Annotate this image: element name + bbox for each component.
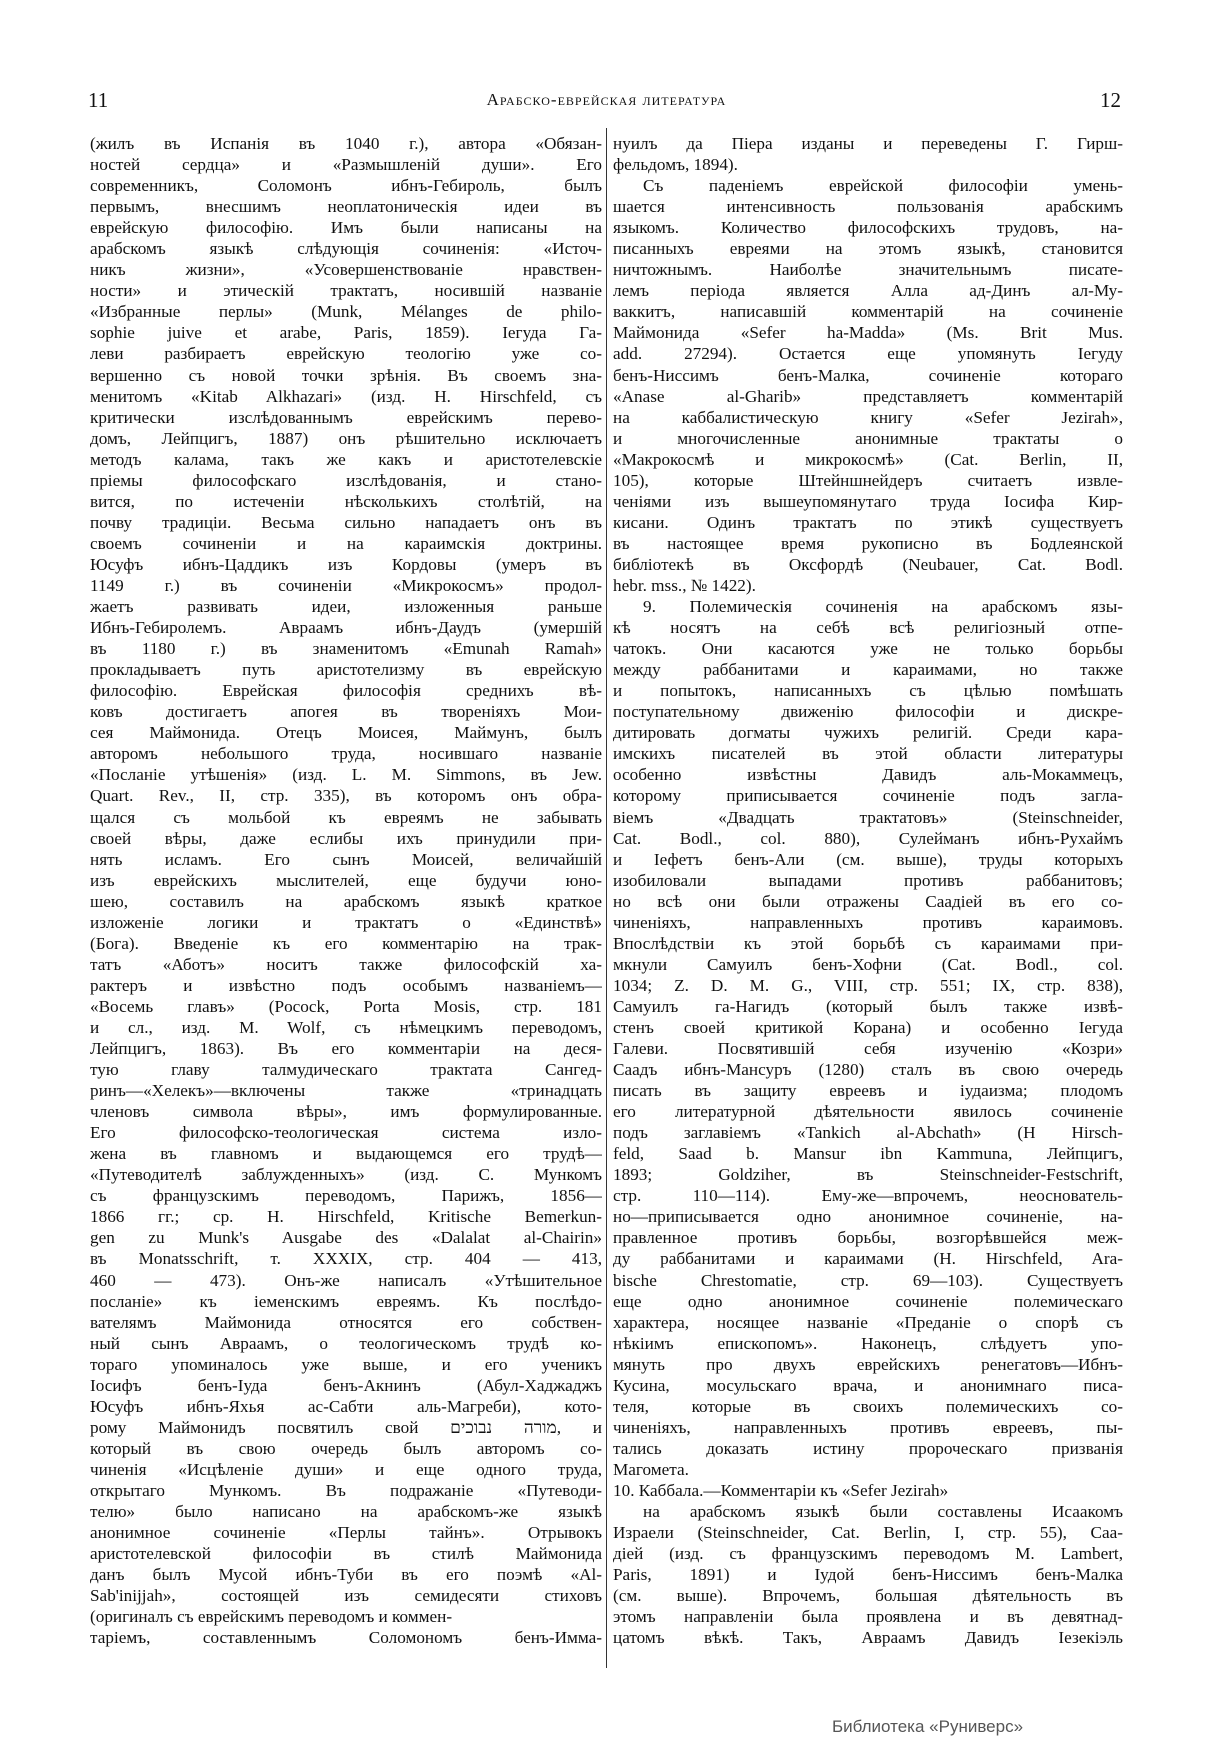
text-line: данъ былъ Мусой ибнъ-Туби въ его поэмѣ «… (90, 1564, 602, 1585)
text-line: Paris, 1891) и Іудой бенъ-Ниссимъ бенъ-М… (613, 1564, 1123, 1585)
text-line: sophie juive et arabe, Paris, 1859). Іег… (90, 322, 602, 343)
column-divider (606, 128, 607, 1668)
text-line: вершенно съ новой точки зрѣнія. Въ своем… (90, 365, 602, 386)
text-line: и попытокъ, написанныхъ съ цѣлью помѣшат… (613, 680, 1123, 701)
text-line: діей (изд. съ французскимъ переводомъ M.… (613, 1543, 1123, 1564)
text-line: Cat. Bodl., col. 880), Сулейманъ ибнъ-Ру… (613, 828, 1123, 849)
text-line: авторомъ небольшого труда, носившаго наз… (90, 743, 602, 764)
text-line: писать въ защиту евреевъ и іудаизма; пло… (613, 1080, 1123, 1101)
text-line: таріемъ, составленнымъ Соломономъ бенъ-И… (90, 1627, 602, 1648)
text-line: Маймонида «Sefer ha-Madda» (Ms. Brit Mus… (613, 322, 1123, 343)
text-line: 10. Каббала.—Комментаріи къ «Sefer Jezir… (613, 1480, 1123, 1501)
text-line: въ Monatsschrift, т. XXXIX, стр. 404 — 4… (90, 1248, 602, 1269)
text-line: сея Маймонида. Отецъ Моисея, Маймунъ, бы… (90, 722, 602, 743)
text-line: Магомета. (613, 1459, 1123, 1480)
text-line: теля, которые въ своихъ полемическихъ со… (613, 1396, 1123, 1417)
text-line: подъ заглавіемъ «Tankich al-Abchath» (H … (613, 1122, 1123, 1143)
text-line: «Путеводителѣ заблужденныхъ» (изд. С. Му… (90, 1164, 602, 1185)
text-line: «Макрокосмѣ и микрокосмѣ» (Cat. Berlin, … (613, 449, 1123, 470)
text-line: телю» было написано на арабскомъ-же язык… (90, 1501, 602, 1522)
text-line: вателямъ Маймонида относятся его собстве… (90, 1312, 602, 1333)
text-line: «Anase al-Gharib» представляетъ коммента… (613, 386, 1123, 407)
text-line: ду раббанитами и караимами (H. Hirschfel… (613, 1248, 1123, 1269)
text-line: этомъ направленіи была проявлена и въ де… (613, 1606, 1123, 1627)
text-line: никъ жизни», «Усовершенствованіе нравств… (90, 259, 602, 280)
text-line: почву традиціи. Весьма сильно нападаетъ … (90, 512, 602, 533)
text-line: 460 — 473). Онъ-же написалъ «Утѣшительно… (90, 1270, 602, 1291)
text-line: Израели (Steinschneider, Cat. Berlin, I,… (613, 1522, 1123, 1543)
text-line: ничтожнымъ. Наиболѣе значительнымъ писат… (613, 259, 1123, 280)
text-line: своемъ сочиненіи и на караимскія доктрин… (90, 533, 602, 554)
text-line: фельдомъ, 1894). (613, 154, 1123, 175)
text-line: 1866 гг.; ср. H. Hirschfeld, Kritische B… (90, 1206, 602, 1227)
text-line: Юсуфъ ибнъ-Цаддикъ изъ Кордовы (умеръ въ (90, 554, 602, 575)
left-column: (жилъ въ Испанія въ 1040 г.), автора «Об… (90, 133, 602, 1648)
text-line: съ французскимъ переводомъ, Парижъ, 1856… (90, 1185, 602, 1206)
text-line: имскихъ писателей въ этой области литера… (613, 743, 1123, 764)
text-line: но—приписывается одно анонимное сочинені… (613, 1206, 1123, 1227)
text-line: gen zu Munk's Ausgabe des «Dalalat al-Ch… (90, 1227, 602, 1248)
text-line: правленное противъ борьбы, возгорѣвшейся… (613, 1227, 1123, 1248)
text-line: Его философско-теологическая система изл… (90, 1122, 602, 1143)
text-line: (Бога). Введеніе къ его комментарію на т… (90, 933, 602, 954)
text-line: шею, составилъ на арабскомъ языкѣ кратко… (90, 891, 602, 912)
text-line: дитировать догматы чужихъ религій. Среди… (613, 722, 1123, 743)
text-line: чатокъ. Они касаются уже не только борьб… (613, 638, 1123, 659)
text-line: 1893; Goldziher, въ Steinschneider-Fests… (613, 1164, 1123, 1185)
text-line: лемъ періода является Алла ад-Динъ ал-Му… (613, 280, 1123, 301)
text-line: тораго упоминалось уже выше, и его учени… (90, 1354, 602, 1375)
text-line: Іосифъ бенъ-Іуда бенъ-Акнинъ (Абул-Хаджа… (90, 1375, 602, 1396)
text-line: въ 1180 г.) въ знаменитомъ «Emunah Ramah… (90, 638, 602, 659)
text-line: ковъ достигаетъ апогея въ твореніяхъ Мои… (90, 701, 602, 722)
text-line: кисани. Одинъ трактатъ по этикѣ существу… (613, 512, 1123, 533)
text-line: ченіями изъ вышеупомянутаго труда Іосифа… (613, 491, 1123, 512)
text-line: еврейскую философію. Имъ были написаны н… (90, 217, 602, 238)
text-line: «Посланіе утѣшенія» (изд. L. M. Simmons,… (90, 764, 602, 785)
text-line: изъ еврейскихъ мыслителей, еще будучи юн… (90, 870, 602, 891)
text-line: и Іефетъ бенъ-Али (см. выше), труды кото… (613, 849, 1123, 870)
text-line: своей вѣры, даже еслибы ихъ принудили пр… (90, 828, 602, 849)
text-line: леви разбираетъ еврейскую теологію уже с… (90, 343, 602, 364)
text-line: которому приписывается сочиненіе подъ за… (613, 785, 1123, 806)
text-line: ваккитъ, написавшій комментарій на сочин… (613, 301, 1123, 322)
text-line: стр. 110—114). Ему-же—впрочемъ, неоснова… (613, 1185, 1123, 1206)
text-line: мкнули Самуилъ бенъ-Хофни (Cat. Bodl., c… (613, 954, 1123, 975)
text-line: feld, Saad b. Mansur ibn Kammuna, Лейпци… (613, 1143, 1123, 1164)
text-line: пріемы философскаго изслѣдованія, и стан… (90, 470, 602, 491)
text-line: ности» и этическій трактатъ, носившій на… (90, 280, 602, 301)
text-line: тались доказать истину пророческаго приз… (613, 1438, 1123, 1459)
text-line: Кусина, мосульскаго врача, и анонимнаго … (613, 1375, 1123, 1396)
text-line: віемъ «Двадцать трактатовъ» (Steinschnei… (613, 807, 1123, 828)
text-line: арабскомъ языкѣ слѣдующія сочиненія: «Ис… (90, 238, 602, 259)
text-line: Саадъ ибнъ-Мансуръ (1280) сталъ въ свою … (613, 1059, 1123, 1080)
text-line: прокладываетъ путь аристотелизму въ евре… (90, 659, 602, 680)
library-watermark: Библиотека «Руниверс» (832, 1717, 1023, 1737)
text-line: въ настоящее время рукописно въ Бодлеянс… (613, 533, 1123, 554)
text-line: методъ калама, такъ же какъ и аристотеле… (90, 449, 602, 470)
running-title: Арабско-еврейская литература (0, 90, 1213, 110)
text-line: (жилъ въ Испанія въ 1040 г.), автора «Об… (90, 133, 602, 154)
text-line: членовъ символа вѣры», имъ формулированн… (90, 1101, 602, 1122)
text-line: рому Маймонидъ посвятилъ свой מורה נבוכי… (90, 1417, 602, 1438)
text-line: анонимное сочиненіе «Перлы тайнъ». Отрыв… (90, 1522, 602, 1543)
text-line: Впослѣдствіи къ этой борьбѣ съ караимами… (613, 933, 1123, 954)
text-line: и сл., изд. M. Wolf, съ нѣмецкимъ перево… (90, 1017, 602, 1038)
text-line: 9. Полемическія сочиненія на арабскомъ я… (613, 596, 1123, 617)
text-line: первымъ, внесшимъ неоплатоническія идеи … (90, 196, 602, 217)
page-header: 11 Арабско-еврейская литература 12 (0, 88, 1213, 118)
text-line: изобиловали выпадами противъ раббанитовъ… (613, 870, 1123, 891)
text-line: кѣ носятъ на себѣ всѣ религіозный отпе- (613, 617, 1123, 638)
text-line: Лейпцигъ, 1863). Въ его комментаріи на д… (90, 1038, 602, 1059)
text-line: нѣкіимъ епископомъ». Наконецъ, слѣдуетъ … (613, 1333, 1123, 1354)
text-line: современникъ, Соломонъ ибнъ-Гебироль, бы… (90, 175, 602, 196)
text-line: мянуть про двухъ еврейскихъ ренегатовъ—И… (613, 1354, 1123, 1375)
text-line: 1034; Z. D. M. G., VIII, стр. 551; IX, с… (613, 975, 1123, 996)
text-line: посланіе» къ іеменскимъ евреямъ. Къ посл… (90, 1291, 602, 1312)
text-line: bische Chrestomatie, стр. 69—103). Сущес… (613, 1270, 1123, 1291)
text-line: критически изслѣдованнымъ еврейскимъ пер… (90, 407, 602, 428)
text-line: жена въ главномъ и выдающемся его трудѣ— (90, 1143, 602, 1164)
text-line: стенъ своей критикой Корана) и особенно … (613, 1017, 1123, 1038)
page-number-right: 12 (1100, 88, 1121, 113)
text-line: 105), которые Штейншнейдеръ считаетъ изв… (613, 470, 1123, 491)
text-line: hebr. mss., № 1422). (613, 575, 1123, 596)
text-line: его литературной дѣятельности явилось со… (613, 1101, 1123, 1122)
right-column: нуилъ да Піера изданы и переведены Г. Ги… (613, 133, 1123, 1648)
text-line: чиненіяхъ, направленныхъ противъ евреевъ… (613, 1417, 1123, 1438)
text-line: Sab'inijjah», состоящей изъ семидесяти с… (90, 1585, 602, 1606)
text-line: Галеви. Посвятившій себя изученію «Козри… (613, 1038, 1123, 1059)
text-line: который въ свою очередь былъ авторомъ со… (90, 1438, 602, 1459)
text-line: 1149 г.) въ сочиненіи «Микрокосмъ» продо… (90, 575, 602, 596)
text-line: нуилъ да Піера изданы и переведены Г. Ги… (613, 133, 1123, 154)
text-line: но всѣ они были отражены Саадіей въ его … (613, 891, 1123, 912)
text-line: add. 27294). Остается еще упомянуть Іегу… (613, 343, 1123, 364)
text-line: Quart. Rev., II, стр. 335), въ которомъ … (90, 785, 602, 806)
text-line: ный сынъ Авраамъ, о теологическомъ трудѣ… (90, 1333, 602, 1354)
text-line: философію. Еврейская философія среднихъ … (90, 680, 602, 701)
text-line: (см. выше). Впрочемъ, большая дѣятельнос… (613, 1585, 1123, 1606)
text-line: библіотекѣ въ Оксфордѣ (Neubauer, Cat. B… (613, 554, 1123, 575)
text-line: еще одно анонимное сочиненіе полемическа… (613, 1291, 1123, 1312)
text-line: бенъ-Ниссимъ бенъ-Малка, сочиненіе котор… (613, 365, 1123, 386)
text-line: изложеніе логики и трактатъ о «Единствѣ» (90, 912, 602, 933)
text-line: языкомъ. Количество философскихъ трудовъ… (613, 217, 1123, 238)
text-line: жаетъ развивать идеи, изложенныя раньше (90, 596, 602, 617)
text-line: тую главу талмудическаго трактата Сангед… (90, 1059, 602, 1080)
text-line: между раббанитами и караимами, но также (613, 659, 1123, 680)
text-line: характера, носящее названіе «Преданіе о … (613, 1312, 1123, 1333)
text-line: открытаго Мункомъ. Въ подражаніе «Путево… (90, 1480, 602, 1501)
text-line: чиненія «Исцѣленіе души» и еще одного тр… (90, 1459, 602, 1480)
text-line: Юсуфъ ибнъ-Яхья ас-Сабти аль-Магреби), к… (90, 1396, 602, 1417)
text-line: «Восемь главъ» (Pocock, Porta Mosis, стр… (90, 996, 602, 1017)
text-line: ринъ—«Хелекъ»—включены также «тринадцать (90, 1080, 602, 1101)
text-line: шается интенсивность пользованія арабски… (613, 196, 1123, 217)
text-line: менитомъ «Kitab Alkhazari» (изд. H. Hirs… (90, 386, 602, 407)
text-line: ностей сердца» и «Размышленій души». Его (90, 154, 602, 175)
text-line: Ибнъ-Гебиролемъ. Авраамъ ибнъ-Даудъ (уме… (90, 617, 602, 638)
text-line: Самуилъ га-Нагидъ (который былъ также из… (613, 996, 1123, 1017)
text-line: щался съ мольбой къ евреямъ не забывать (90, 807, 602, 828)
text-line: татъ «Аботъ» носитъ также философскій ха… (90, 954, 602, 975)
text-line: «Избранные перлы» (Munk, Mélanges de phi… (90, 301, 602, 322)
text-line: особенно извѣстны Давидъ аль-Мокаммецъ, (613, 764, 1123, 785)
text-line: домъ, Лейпцигъ, 1887) онъ рѣшительно иск… (90, 428, 602, 449)
text-line: и многочисленные анонимные трактаты о (613, 428, 1123, 449)
text-line: вится, по истеченіи нѣсколькихъ столѣтій… (90, 491, 602, 512)
text-line: нять исламъ. Его сынъ Моисей, величайшій (90, 849, 602, 870)
text-line: поступательному движенію философіи и дис… (613, 701, 1123, 722)
text-line: аристотелевской философіи въ стилѣ Маймо… (90, 1543, 602, 1564)
text-line: цатомъ вѣкѣ. Такъ, Авраамъ Давидъ Іезекі… (613, 1627, 1123, 1648)
text-line: чиненіяхъ, направленныхъ противъ караимо… (613, 912, 1123, 933)
text-line: рактеръ и извѣстно подъ особымъ названіе… (90, 975, 602, 996)
text-line: писанныхъ евреями на этомъ языкѣ, станов… (613, 238, 1123, 259)
text-line: Съ паденіемъ еврейской философіи умень- (613, 175, 1123, 196)
text-line: на каббалистическую книгу «Sefer Jezirah… (613, 407, 1123, 428)
text-line: на арабскомъ языкѣ были составлены Исаак… (613, 1501, 1123, 1522)
text-line: (оригиналъ съ еврейскимъ переводомъ и ко… (90, 1606, 602, 1627)
